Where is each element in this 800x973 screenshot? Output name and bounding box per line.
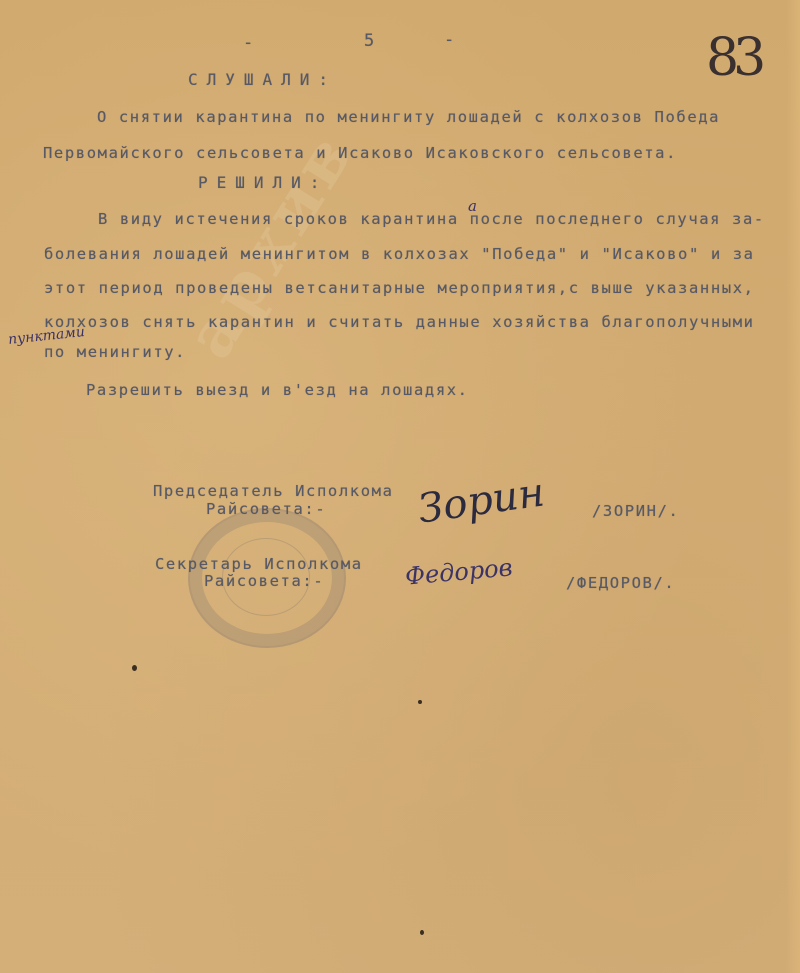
page-dash-right: -: [444, 30, 454, 50]
decided-line: болевания лошадей менингитом в колхозах …: [44, 245, 755, 263]
permission-line: Разрешить выезд и в'езд на лошадях.: [86, 381, 469, 399]
chairman-signature: Зорин: [415, 469, 547, 532]
secretary-title: Секретарь Исполкома: [155, 555, 363, 573]
secretary-title-line2: Райсовета:-: [204, 572, 324, 590]
paper-speck: [132, 665, 137, 671]
chairman-title: Председатель Исполкома: [153, 482, 394, 500]
chairman-title-line2: Райсовета:-: [206, 500, 326, 518]
paper-speck: [420, 930, 424, 935]
secretary-signature: Федоров: [404, 553, 514, 590]
folio-number: 83: [706, 28, 760, 88]
decided-line: этот период проведены ветсанитарные меро…: [44, 279, 755, 297]
handwritten-insert: а: [468, 197, 477, 215]
chairman-typed-name: /ЗОРИН/.: [592, 502, 679, 520]
decided-line: колхозов снять карантин и считать данные…: [44, 313, 755, 331]
heard-line: Первомайского сельсовета и Исаково Исако…: [43, 144, 677, 162]
page-number: 5: [364, 31, 374, 51]
decided-line: В виду истечения сроков карантина после …: [98, 210, 765, 228]
document-page: архив - 5 - 83 СЛУШАЛИ: О снятии каранти…: [0, 0, 800, 973]
decided-heading: РЕШИЛИ:: [198, 173, 328, 192]
paper-speck: [418, 700, 422, 704]
decided-line: по менингиту.: [44, 343, 186, 361]
page-dash-left: -: [243, 33, 253, 53]
heard-heading: СЛУШАЛИ:: [188, 70, 337, 89]
secretary-typed-name: /ФЕДОРОВ/.: [566, 574, 675, 592]
paper-edge: [786, 0, 800, 973]
heard-line: О снятии карантина по менингиту лошадей …: [97, 108, 720, 126]
